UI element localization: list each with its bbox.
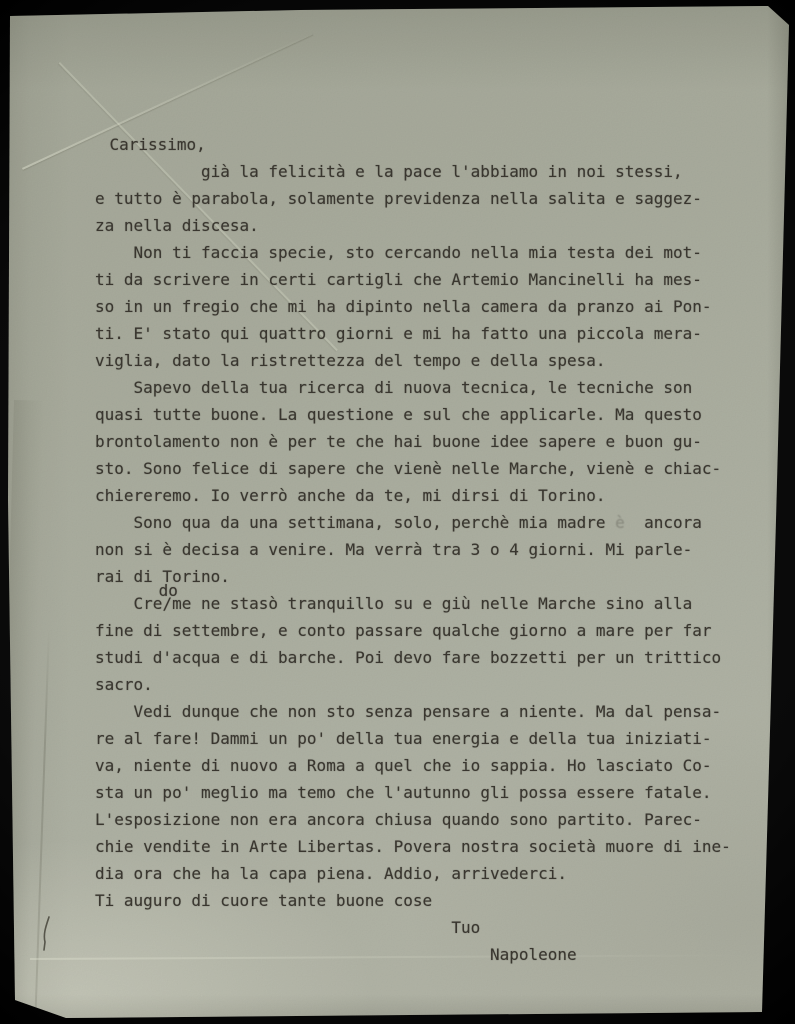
letter-line: sta un po' meglio ma temo che l'autunno … xyxy=(95,779,763,806)
letter-line: chiereremo. Io verrò anche da te, mi dir… xyxy=(95,482,763,509)
letter-line: Ti auguro di cuore tante buone cose xyxy=(95,887,763,914)
letter-line: brontolamento non è per te che hai buone… xyxy=(95,428,763,455)
letter-line: sacro. xyxy=(95,671,763,698)
letter-line: Sono qua da una settimana, solo, perchè … xyxy=(95,509,763,536)
letter-line: ti da scrivere in certi cartigli che Art… xyxy=(95,266,763,293)
erased-character: è xyxy=(615,513,625,532)
letter-salutation: Carissimo, xyxy=(95,131,763,158)
letter-line: so in un fregio che mi ha dipinto nella … xyxy=(95,293,763,320)
letter-line-text: ancora xyxy=(625,513,702,532)
letter-line: non si è decisa a venire. Ma verrà tra 3… xyxy=(95,536,763,563)
letter-line: L'esposizione non era ancora chiusa quan… xyxy=(95,806,763,833)
letter-line: Non ti faccia specie, sto cercando nella… xyxy=(95,239,763,266)
letter-line: Vedi dunque che non sto senza pensare a … xyxy=(95,698,763,725)
scan-backdrop: Carissimo,già la felicità e la pace l'ab… xyxy=(0,0,795,1024)
letter-line: Sapevo della tua ricerca di nuova tecnic… xyxy=(95,374,763,401)
letter-line: rai di Torino. xyxy=(95,563,763,590)
letter-line: e tutto è parabola, solamente previdenza… xyxy=(95,185,763,212)
letter-line: va, niente di nuovo a Roma a quel che io… xyxy=(95,752,763,779)
letter-body: Carissimo,già la felicità e la pace l'ab… xyxy=(95,131,763,968)
letter-line: studi d'acqua e di barche. Poi devo fare… xyxy=(95,644,763,671)
letter-line-text: /me ne stasò tranquillo su e giù nelle M… xyxy=(162,594,692,613)
letter-line-text: Sono qua da una settimana, solo, perchè … xyxy=(134,513,616,532)
letter-line: viglia, dato la ristrettezza del tempo e… xyxy=(95,347,763,374)
letter-line: fine di settembre, e conto passare qualc… xyxy=(95,617,763,644)
letter-paper: Carissimo,già la felicità e la pace l'ab… xyxy=(0,0,795,1024)
letter-line: quasi tutte buone. La questione e sul ch… xyxy=(95,401,763,428)
letter-line: re al fare! Dammi un po' della tua energ… xyxy=(95,725,763,752)
letter-line: ti. E' stato qui quattro giorni e mi ha … xyxy=(95,320,763,347)
letter-signature: Napoleone xyxy=(95,941,763,968)
letter-line: già la felicità e la pace l'abbiamo in n… xyxy=(95,158,763,185)
letter-line: Credo/me ne stasò tranquillo su e giù ne… xyxy=(95,590,763,617)
letter-line: dia ora che ha la capa piena. Addio, arr… xyxy=(95,860,763,887)
letter-line: chie vendite in Arte Libertas. Povera no… xyxy=(95,833,763,860)
letter-line: za nella discesa. xyxy=(95,212,763,239)
handwritten-mark xyxy=(40,916,56,956)
letter-closing: Tuo xyxy=(95,914,763,941)
letter-line: sto. Sono felice di sapere che vienè nel… xyxy=(95,455,763,482)
